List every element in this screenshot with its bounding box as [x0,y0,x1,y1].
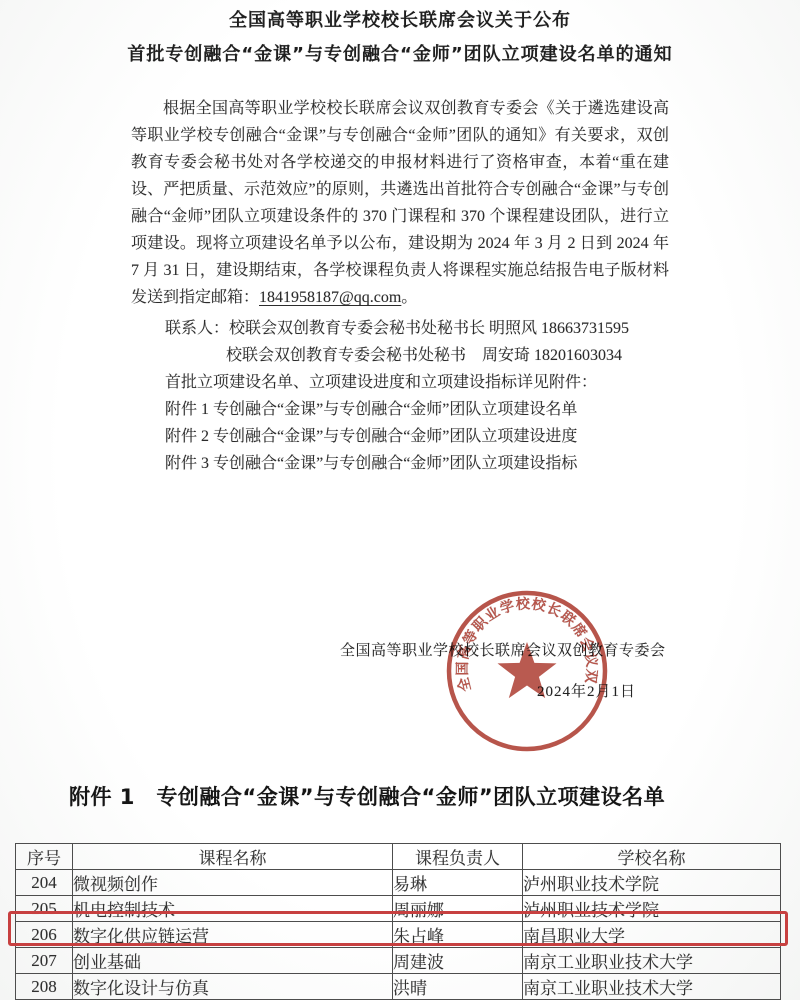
cell-course: 创业基础 [73,948,393,974]
attachment1-heading: 附件 1 专创融合“金课”与专创融合“金师”团队立项建设名单 [69,781,665,811]
attachment-list-item-1: 附件 1 专创融合“金课”与专创融合“金师”团队立项建设名单 [131,396,691,423]
notice-title-line1: 全国高等职业学校校长联席会议关于公布 [0,6,800,32]
table-header-row: 序号 课程名称 课程负责人 学校名称 [16,844,781,870]
table-row: 205 机电控制技术 周丽娜 泸州职业技术学院 [16,896,781,922]
cell-school: 泸州职业技术学院 [523,870,781,896]
attachment-list-item-3: 附件 3 专创融合“金课”与专创融合“金师”团队立项建设指标 [131,450,691,477]
seal-star-icon [498,642,557,698]
contact-line-2: 校联会双创教育专委会秘书处秘书 周安琦 18201603034 [131,342,691,369]
document-page: 全国高等职业学校校长联席会议关于公布 首批专创融合“金课”与专创融合“金师”团队… [0,0,800,1000]
cell-leader: 周丽娜 [393,896,523,922]
notice-body-paragraph: 根据全国高等职业学校校长联席会议双创教育专委会《关于遴选建设高等职业学校专创融合… [131,95,669,311]
contact-line-1: 联系人：校联会双创教育专委会秘书处秘书长 明照风 18663731595 [131,315,691,342]
notice-title-line2: 首批专创融合“金课”与专创融合“金师”团队立项建设名单的通知 [0,40,800,66]
email-link[interactable]: 1841958187@qq.com [259,289,401,306]
project-list-table: 序号 课程名称 课程负责人 学校名称 204 微视频创作 易琳 泸州职业技术学院… [15,843,781,1000]
cell-school: 南京工业职业技术大学 [523,974,781,1000]
contact-and-attachments-block: 联系人：校联会双创教育专委会秘书处秘书长 明照风 18663731595 校联会… [131,315,691,477]
cell-no: 204 [16,870,73,896]
paragraph-period: 。 [401,289,417,306]
table-row: 207 创业基础 周建波 南京工业职业技术大学 [16,948,781,974]
cell-no: 207 [16,948,73,974]
cell-course: 数字化设计与仿真 [73,974,393,1000]
header-cell-leader: 课程负责人 [393,844,523,870]
attachments-intro: 首批立项建设名单、立项建设进度和立项建设指标详见附件： [131,369,691,396]
cell-leader: 朱占峰 [393,922,523,948]
cell-school: 南京工业职业技术大学 [523,948,781,974]
table-row: 204 微视频创作 易琳 泸州职业技术学院 [16,870,781,896]
cell-leader: 洪晴 [393,974,523,1000]
cell-no: 205 [16,896,73,922]
header-cell-school: 学校名称 [523,844,781,870]
cell-course: 微视频创作 [73,870,393,896]
cell-course: 数字化供应链运营 [73,922,393,948]
official-red-seal: 全国高等职业学校校长联席会议双创教育专委会 [438,583,618,763]
cell-school: 南昌职业大学 [523,922,781,948]
table-row: 208 数字化设计与仿真 洪晴 南京工业职业技术大学 [16,974,781,1000]
paragraph-text: 根据全国高等职业学校校长联席会议双创教育专委会《关于遴选建设高等职业学校专创融合… [131,100,669,306]
cell-leader: 周建波 [393,948,523,974]
cell-no: 206 [16,922,73,948]
cell-no: 208 [16,974,73,1000]
table-row-highlighted: 206 数字化供应链运营 朱占峰 南昌职业大学 [16,922,781,948]
header-cell-course: 课程名称 [73,844,393,870]
cell-leader: 易琳 [393,870,523,896]
cell-school: 泸州职业技术学院 [523,896,781,922]
cell-course: 机电控制技术 [73,896,393,922]
header-cell-no: 序号 [16,844,73,870]
attachment-list-item-2: 附件 2 专创融合“金课”与专创融合“金师”团队立项建设进度 [131,423,691,450]
